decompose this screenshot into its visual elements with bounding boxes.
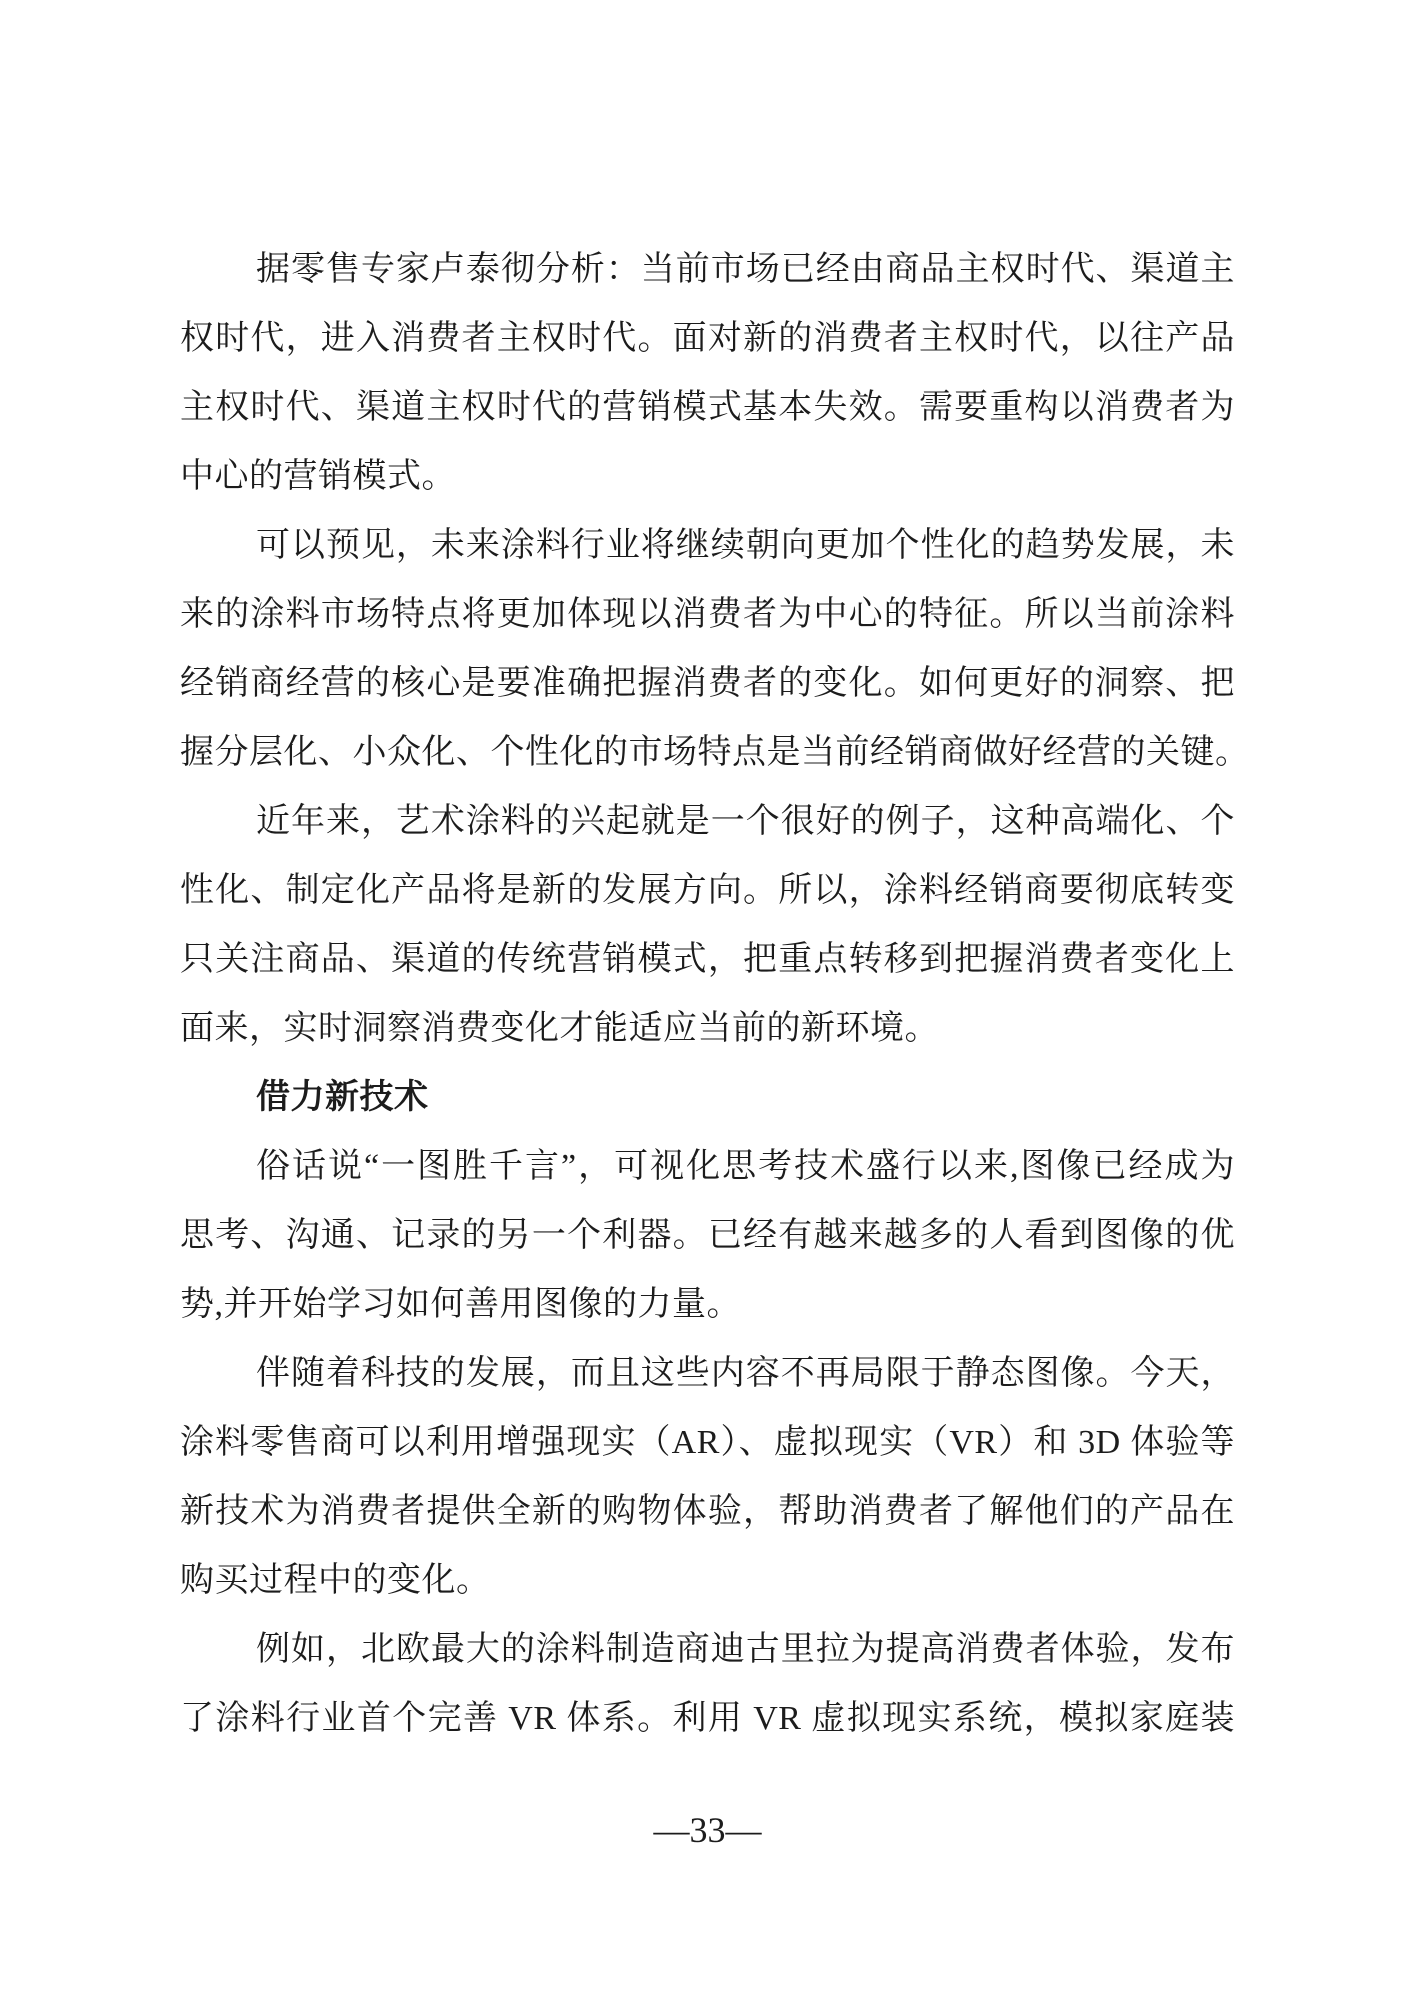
text-line: 可以预见，未来涂料行业将继续朝向更加个性化的趋势发展，未 bbox=[180, 511, 1235, 580]
text-line: 主权时代、渠道主权时代的营销模式基本失效。需要重构以消费者为 bbox=[180, 373, 1235, 442]
text-line: 据零售专家卢泰彻分析：当前市场已经由商品主权时代、渠道主 bbox=[180, 235, 1235, 304]
text-line: 握分层化、小众化、个性化的市场特点是当前经销商做好经营的关键。 bbox=[180, 718, 1235, 787]
text-line: 性化、制定化产品将是新的发展方向。所以，涂料经销商要彻底转变 bbox=[180, 856, 1235, 925]
text-line: 伴随着科技的发展，而且这些内容不再局限于静态图像。今天， bbox=[180, 1339, 1235, 1408]
section-heading: 借力新技术 bbox=[180, 1063, 1235, 1132]
text-line: 涂料零售商可以利用增强现实（AR）、虚拟现实（VR）和 3D 体验等 bbox=[180, 1408, 1235, 1477]
text-line: 势,并开始学习如何善用图像的力量。 bbox=[180, 1270, 1235, 1339]
text-line: 中心的营销模式。 bbox=[180, 442, 1235, 511]
text-line: 了涂料行业首个完善 VR 体系。利用 VR 虚拟现实系统，模拟家庭装 bbox=[180, 1684, 1235, 1753]
text-line: 来的涂料市场特点将更加体现以消费者为中心的特征。所以当前涂料 bbox=[180, 580, 1235, 649]
text-line: 只关注商品、渠道的传统营销模式，把重点转移到把握消费者变化上 bbox=[180, 925, 1235, 994]
page-footer: —33— bbox=[0, 1802, 1415, 1858]
text-block: 据零售专家卢泰彻分析：当前市场已经由商品主权时代、渠道主 权时代，进入消费者主权… bbox=[180, 235, 1235, 1753]
text-line: 新技术为消费者提供全新的购物体验，帮助消费者了解他们的产品在 bbox=[180, 1477, 1235, 1546]
page-number: —33— bbox=[654, 1810, 762, 1850]
text-line: 购买过程中的变化。 bbox=[180, 1546, 1235, 1615]
text-line: 思考、沟通、记录的另一个利器。已经有越来越多的人看到图像的优 bbox=[180, 1201, 1235, 1270]
text-line: 经销商经营的核心是要准确把握消费者的变化。如何更好的洞察、把 bbox=[180, 649, 1235, 718]
text-line: 俗话说“一图胜千言”，可视化思考技术盛行以来,图像已经成为 bbox=[180, 1132, 1235, 1201]
text-line: 近年来，艺术涂料的兴起就是一个很好的例子，这种高端化、个 bbox=[180, 787, 1235, 856]
text-line: 权时代，进入消费者主权时代。面对新的消费者主权时代，以往产品 bbox=[180, 304, 1235, 373]
text-line: 面来，实时洞察消费变化才能适应当前的新环境。 bbox=[180, 994, 1235, 1063]
text-line: 例如，北欧最大的涂料制造商迪古里拉为提高消费者体验，发布 bbox=[180, 1615, 1235, 1684]
document-page: 据零售专家卢泰彻分析：当前市场已经由商品主权时代、渠道主 权时代，进入消费者主权… bbox=[0, 0, 1415, 2000]
